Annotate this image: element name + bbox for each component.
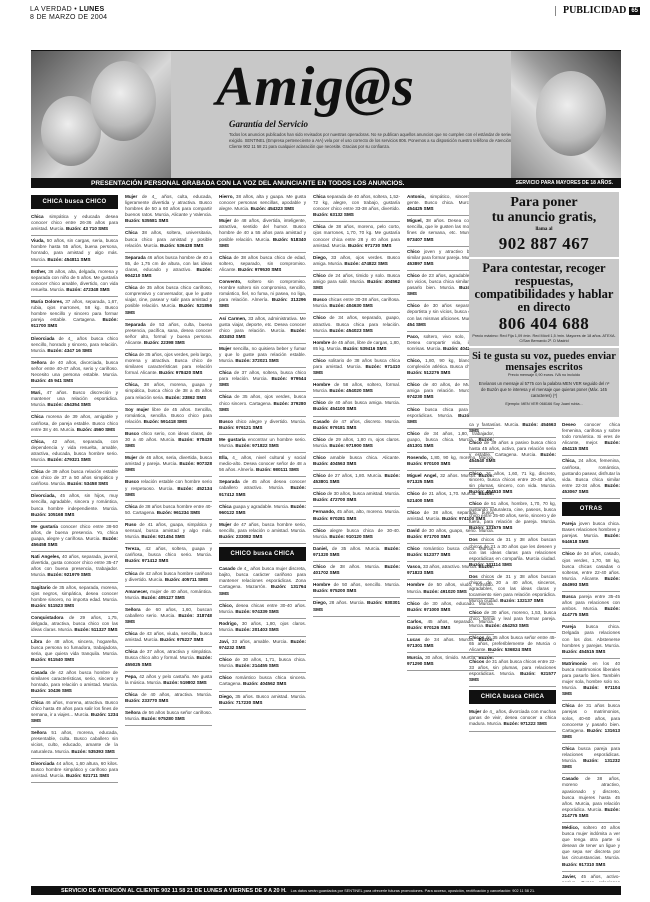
ad-lead: Chico, bbox=[407, 358, 421, 363]
sms-badge: SMS bbox=[440, 552, 450, 557]
classified-ad: Chica de 35 años busca chico cariñoso, c… bbox=[125, 283, 212, 319]
classified-ad: Chico de 24 años, timido y solo. Busca a… bbox=[313, 271, 400, 295]
ad-lead: Chico bbox=[407, 601, 420, 606]
sms-badge: SMS bbox=[457, 589, 467, 594]
sms-badge: SMS bbox=[158, 218, 168, 223]
sms-badge: SMS bbox=[363, 443, 373, 448]
sms-badge: SMS bbox=[236, 334, 246, 339]
reply-block: Para contestar, recoger respuestas, comp… bbox=[469, 259, 619, 348]
ad-lead: Rodrigo, bbox=[219, 621, 238, 626]
ad-lead: Hombre bbox=[313, 382, 330, 387]
sms-badge: SMS bbox=[562, 734, 572, 739]
classified-ad: Ella, 4_ años, nivel cultural y social m… bbox=[219, 453, 306, 477]
sms-badge: SMS bbox=[252, 425, 262, 430]
ad-lead: Chico bbox=[219, 675, 232, 680]
mailbox-number: Buzón: 512276 bbox=[407, 370, 439, 375]
sms-badge: SMS bbox=[346, 516, 356, 521]
ad-lead: Ruso bbox=[125, 522, 136, 527]
ad-lead: Médico, bbox=[562, 825, 579, 830]
classified-ad: Mujer de 48 años, divertida, inteligente… bbox=[219, 216, 306, 252]
classified-ad: Chica de 39 años busca relación estable … bbox=[31, 467, 118, 491]
ad-text: de 4_ años, culta, educada, ligeramente … bbox=[125, 194, 212, 217]
ad-lead: Chica bbox=[219, 370, 232, 375]
ad-lead: Carlos, bbox=[407, 619, 423, 624]
mailbox-number: Buzón: 132137 bbox=[500, 598, 532, 603]
classified-ad: Sagitario de 35 años, separada, morena, … bbox=[31, 583, 118, 613]
sms-badge: SMS bbox=[108, 627, 118, 632]
mailbox-number: Buzón: 971700 bbox=[407, 534, 439, 539]
mailbox-number: Buzón: 131114 bbox=[469, 562, 501, 567]
sms-badge: SMS bbox=[424, 261, 434, 266]
ad-lead: Señora bbox=[31, 730, 47, 735]
ad-lead: Así Carmen, bbox=[219, 316, 246, 321]
ad-text: de 27 años, 1,80. Murcia. bbox=[328, 473, 383, 478]
ad-lead: Chica, bbox=[125, 382, 139, 387]
ad-lead: Busco bbox=[125, 431, 139, 436]
sms-badge: SMS bbox=[175, 534, 185, 539]
ad-lead: Señora bbox=[31, 360, 47, 365]
classified-ad: Mujer de 47 años, busca hombre serio, se… bbox=[219, 520, 306, 544]
classified-ad: Chica busca pareja para relaciones espor… bbox=[562, 744, 620, 774]
ad-lead: Conquistadora bbox=[31, 615, 63, 620]
column-right-1: ca y fantasías. Murcia. Buzón: 454663 SM… bbox=[469, 420, 556, 882]
ad-lead: Pareja bbox=[562, 624, 576, 629]
mailbox-number: Buzón: 4347 16 bbox=[47, 348, 80, 353]
column-right-2: Deseo conocer chica femenina, cariñosa y… bbox=[562, 420, 620, 882]
sms-badge: SMS bbox=[424, 394, 434, 399]
reply-fine: Precio máximo: Red Fija 1,09 /min. Red M… bbox=[471, 334, 617, 343]
sms-badge: SMS bbox=[521, 647, 531, 652]
sms-badge: SMS bbox=[175, 340, 185, 345]
footer-bar: SERVICIO DE ATENCIÓN AL CLIENTE 902 11 5… bbox=[31, 886, 621, 895]
classified-ad: Chica simpática y educada desea conocer … bbox=[31, 212, 118, 236]
mailbox-number: Buzón: 454023 bbox=[329, 328, 361, 333]
ad-lead: Mujer bbox=[125, 455, 137, 460]
classified-ad: Chico solitario de 38 años busca chica p… bbox=[313, 356, 400, 380]
sms-badge: SMS bbox=[62, 688, 72, 693]
ad-lead: Vasco, bbox=[407, 564, 422, 569]
ad-lead: David bbox=[407, 528, 420, 533]
page-number: 65 bbox=[629, 7, 640, 15]
classified-ad: Casado de 4_ años busca mujer discreta, … bbox=[219, 564, 306, 600]
sms-badge: SMS bbox=[424, 206, 434, 211]
classified-ad: Chico de 38 años. Murcia. Buzón: 401702 … bbox=[313, 562, 400, 580]
woman-photo bbox=[511, 51, 621, 178]
sms-badge: SMS bbox=[219, 407, 229, 412]
sms-badge: SMS bbox=[313, 370, 323, 375]
sms-lines: Si te gusta su voz, puedes enviar mensaj… bbox=[469, 351, 619, 373]
ad-lead: Chicos bbox=[469, 635, 484, 640]
mailbox-number: Buzón: 980111 bbox=[256, 467, 288, 472]
classified-ad: Fernando, 45 años, alto, moreno. Murcia.… bbox=[313, 507, 400, 525]
sms-badge: SMS bbox=[363, 534, 373, 539]
sms-badge: SMS bbox=[192, 370, 202, 375]
classified-ad: Chica de 37 años, soltera, busca chico p… bbox=[219, 368, 306, 392]
mailbox-number: Buzón: 105168 bbox=[31, 512, 63, 517]
classified-ad: Conquistadora de 29 años, 1,75, delgada,… bbox=[31, 613, 118, 637]
sms-badge: SMS bbox=[269, 443, 279, 448]
sms-badge: SMS bbox=[346, 461, 356, 466]
mailbox-number: Buzón: 975280 bbox=[141, 716, 173, 721]
sms-badge: SMS bbox=[534, 598, 544, 603]
banner-subtitle: Garantía del Servicio bbox=[229, 119, 308, 129]
classified-ad: Chica de 35 años, ojos verdes, busca chi… bbox=[219, 392, 306, 416]
sms-badge: SMS bbox=[486, 458, 496, 463]
classified-ad: Chica, 24 años, femenina, cariñosa, romá… bbox=[562, 456, 620, 499]
ad-lead: Fernando, bbox=[313, 509, 335, 514]
mailbox-number: Buzón: 472700 bbox=[313, 497, 345, 502]
sms-badge: SMS bbox=[47, 323, 57, 328]
sms-badge: SMS bbox=[48, 542, 58, 547]
mailbox-number: Buzón: 214455 bbox=[235, 663, 267, 668]
mailbox-number: Buzón: 201403 bbox=[235, 627, 267, 632]
ad-lead: Chica bbox=[125, 692, 138, 697]
mailbox-number: Buzón: 518340 bbox=[273, 237, 306, 242]
classified-ad: Separada de 53 años, culta, buena presen… bbox=[125, 320, 212, 350]
sms-badge: SMS bbox=[175, 716, 185, 721]
sms-badge: SMS bbox=[377, 346, 387, 351]
classified-ad: Hierro, 38 años, alta y guapa. Me gusta … bbox=[219, 192, 306, 216]
mailbox-number: Buzón: 971000 bbox=[407, 607, 439, 612]
ad-lead: Antonio, bbox=[407, 194, 426, 199]
sms-badge: SMS bbox=[125, 619, 135, 624]
sms-badge: SMS bbox=[424, 237, 434, 242]
footer-fine-print: Los datos serán guardados por SENTINEL p… bbox=[291, 889, 536, 893]
ad-lead: Chicos bbox=[469, 659, 484, 664]
ad-lead: Chico, bbox=[469, 471, 483, 476]
ad-lead: Pareja bbox=[562, 521, 576, 526]
mailbox-number: Buzón: 318748 bbox=[178, 613, 212, 618]
sms-badge: SMS bbox=[198, 577, 208, 582]
mailbox-number: Buzón: 454323 bbox=[251, 206, 283, 211]
mailbox-number: Buzón: 976121 bbox=[219, 425, 251, 430]
ad-lead: Chica bbox=[31, 214, 44, 219]
weekday: LUNES bbox=[79, 6, 104, 13]
classified-ad: Chicos de 31 años busca chicos entre 22-… bbox=[469, 657, 556, 687]
sms-badge: SMS bbox=[579, 612, 589, 617]
classified-ad: Chicos de 35 años busca señor entre 45-6… bbox=[469, 633, 556, 657]
classified-ad: Chica 46 años, morena, atractiva. Busco … bbox=[31, 698, 118, 728]
divider bbox=[555, 6, 556, 16]
ad-text: 33 años, amable. Murcia. bbox=[232, 639, 288, 644]
section-header-chico-busca-chica: CHICO busca CHICA bbox=[219, 547, 306, 561]
mailbox-number: Buzón: 454354 bbox=[47, 402, 79, 407]
classified-ad: Chico romántico busca chica sincera. Car… bbox=[219, 673, 306, 691]
ad-lead: Separada bbox=[125, 255, 146, 260]
sms-badge: SMS bbox=[346, 497, 356, 502]
sms-badge: SMS bbox=[578, 446, 588, 451]
sms-badge: SMS bbox=[98, 481, 108, 486]
classified-ad: Médico, soltero 40 años busca mujer indó… bbox=[562, 823, 620, 872]
ad-lead: Mujer bbox=[219, 218, 231, 223]
classified-ad: Chico de 30 años, 1,71, busca chica. Mur… bbox=[219, 655, 306, 673]
sms-badge: SMS bbox=[363, 303, 373, 308]
mailbox-number: Buzón: 43 710 bbox=[66, 226, 97, 231]
masthead: LA VERDAD • LUNES 8 DE MARZO DE 2004 bbox=[30, 6, 107, 22]
mailbox-number: Buzón: 930301 bbox=[367, 600, 400, 605]
ad-lead: Chico bbox=[407, 407, 420, 412]
classified-ad: Mari, 47 años. Busco discreción y manten… bbox=[31, 388, 118, 412]
classified-ad: Chica de 31 años busca parejas o matrimo… bbox=[562, 701, 620, 744]
ad-text: amable busca chica. Alicante. bbox=[330, 455, 400, 460]
ad-lead: Busca bbox=[562, 594, 576, 599]
ad-lead: Casado bbox=[562, 776, 579, 781]
ad-lead: Dos bbox=[469, 574, 478, 579]
classified-ad: Busco chicas entre 30-38 años, cariñosa.… bbox=[313, 295, 400, 313]
ad-lead: Señora bbox=[125, 607, 141, 612]
ad-lead: Diego, bbox=[313, 255, 327, 260]
reply-phone[interactable]: 806 404 688 bbox=[471, 314, 617, 334]
classified-ad: Chica 38 años, soltera, universitaria, b… bbox=[125, 228, 212, 252]
ad-lead: Ella, bbox=[219, 455, 228, 460]
mailbox-number: Buzón: 535581 bbox=[125, 218, 157, 223]
couple-photo bbox=[31, 51, 171, 178]
section-label: PUBLICIDAD 65 bbox=[555, 5, 640, 16]
ad-lead: Javi, bbox=[219, 639, 229, 644]
classified-ad: Chico de 27 años, 1,80. Murcia. Buzón: 4… bbox=[313, 471, 400, 489]
mailbox-number: Buzón: 23862 bbox=[165, 395, 195, 400]
ad-lead: Divorciada bbox=[31, 761, 55, 766]
ad-lead: Amanecer, bbox=[125, 589, 148, 594]
mailbox-number: Buzón: 131613 bbox=[587, 728, 620, 733]
sms-badge: SMS bbox=[363, 388, 373, 393]
mailbox-number: Buzón: 454253 bbox=[485, 623, 517, 628]
classified-ad: Chica, 38 años, morena, guapa y simpátic… bbox=[125, 380, 212, 404]
ad-lead: Chico bbox=[313, 315, 326, 320]
ad-lead: Casada bbox=[31, 670, 47, 675]
sms-badge: SMS bbox=[142, 662, 152, 667]
ad-lead: Divorciada, bbox=[31, 493, 56, 498]
classified-ad: Hombre de 50 años, sencillo. Murcia. Buz… bbox=[313, 580, 400, 598]
ad-lead: Chico bbox=[407, 510, 420, 515]
mailbox-number: Buzón: 45 941 bbox=[31, 378, 62, 383]
sms-badge: SMS bbox=[579, 582, 589, 587]
ad-lead: Chica bbox=[125, 352, 138, 357]
ad-text: 45 años, alto, moreno. Murcia. bbox=[337, 509, 400, 514]
sms-block: Si te gusta su voz, puedes enviar mensaj… bbox=[469, 348, 619, 406]
ad-lead: Chica bbox=[313, 194, 326, 199]
ad-lead: Chico bbox=[562, 551, 575, 556]
sms-badge: SMS bbox=[81, 572, 91, 577]
section-header-otras-relaciones: OTRAS RELACIONES bbox=[562, 502, 620, 516]
classified-ad: Chico de 51 años, hombre, 1,70, 70 kg, g… bbox=[469, 499, 556, 535]
ad-lead: Chica bbox=[313, 224, 326, 229]
ad-lead: Chica, bbox=[31, 439, 45, 444]
mailbox-number: Buzón: 454663 bbox=[522, 422, 556, 427]
sms-badge: SMS bbox=[537, 721, 547, 726]
classified-ad: Chica separada de 40 años, soltera, 1,52… bbox=[313, 192, 400, 222]
ad-lead: Chica bbox=[125, 649, 138, 654]
mailbox-number: Buzón: 404562 bbox=[367, 279, 400, 284]
sms-badge: SMS bbox=[219, 591, 229, 596]
sms-badge: SMS bbox=[416, 322, 426, 327]
classified-ad: Tereza, 42 años, soltera, guapa y cariño… bbox=[125, 544, 212, 568]
sms-badge: SMS bbox=[440, 625, 450, 630]
ad-lead: Chico bbox=[407, 249, 420, 254]
ad-lead: Chico bbox=[313, 528, 326, 533]
sms-example: Ejemplo: MEN VER 068166 Soy Juani rubia.… bbox=[469, 402, 619, 407]
mailbox-number: Buzón: 372021 bbox=[235, 358, 267, 363]
classified-ad: Separada de 45 años desea conocer caball… bbox=[219, 477, 306, 501]
mailbox-number: Buzón: 511327 bbox=[74, 627, 106, 632]
mailbox-number: Buzón: 535393 bbox=[71, 749, 103, 754]
classified-ad: Rodrigo, 30 años, 1,80, ojos claros. Mur… bbox=[219, 619, 306, 637]
ad-lead: Chica bbox=[125, 285, 138, 290]
mailbox-number: Buzón: 910120 bbox=[329, 534, 361, 539]
classified-ad: Me gustaría encontrar un hombre serio. M… bbox=[219, 435, 306, 453]
sms-badge: SMS bbox=[31, 718, 41, 723]
ad-lead: Chico bbox=[469, 610, 482, 615]
mailbox-number: Buzón: 971410 bbox=[365, 364, 400, 369]
classified-ad: Busco chico serio, con ideas claras, de … bbox=[125, 429, 212, 453]
classified-ad: Chica de 38 años busca hombre entre 40-5… bbox=[125, 502, 212, 520]
ad-lead: Convento, bbox=[219, 279, 241, 284]
ad-lead: Chica bbox=[125, 571, 138, 576]
sms-badge: SMS bbox=[81, 257, 91, 262]
presentation-text: PRESENTACIÓN PERSONAL GRABADA CON LA VOZ… bbox=[91, 180, 404, 187]
ad-lead: Busco bbox=[219, 419, 233, 424]
ad-lead: Nati Angeles, bbox=[31, 554, 60, 559]
sms-badge: SMS bbox=[99, 773, 109, 778]
presentation-bar: PRESENTACIÓN PERSONAL GRABADA CON LA VOZ… bbox=[31, 178, 621, 188]
ad-lead: Busco bbox=[313, 297, 327, 302]
classified-ad: Chica de 37 años, atractiva y simpática.… bbox=[125, 647, 212, 671]
ad-lead: Chica bbox=[219, 504, 232, 509]
mailbox-number: Buzón: 22398 bbox=[144, 340, 174, 345]
sms-badge: SMS bbox=[289, 467, 299, 472]
ad-text: de 38 años. Murcia. bbox=[330, 564, 380, 569]
issue-date: 8 DE MARZO DE 2004 bbox=[30, 14, 107, 22]
classified-ad: Pareja busca chica. Delgada para relacio… bbox=[562, 622, 620, 658]
classified-ad: Señora de 60 años, 1,60, buscan caballer… bbox=[125, 605, 212, 629]
sms-badge: SMS bbox=[346, 406, 356, 411]
mailbox-number: Buzón: 921711 bbox=[66, 773, 98, 778]
sms-badge: SMS bbox=[313, 607, 323, 612]
mailbox-number: Buzón: 521856 bbox=[179, 303, 212, 308]
sms-badge: SMS bbox=[344, 212, 354, 217]
ad-lead: Casado bbox=[313, 419, 330, 424]
ad-text: de 35 años. Murcia. bbox=[332, 546, 380, 551]
classified-ad: Matrimonio en los 40 busca matrimonios l… bbox=[562, 659, 620, 702]
classified-ad: Casado de 47 años, discreto. Murcia. Buz… bbox=[313, 417, 400, 435]
sms-badge: SMS bbox=[125, 492, 135, 497]
sms-badge: SMS bbox=[100, 287, 110, 292]
ad-lead: Miguel Angel, bbox=[407, 473, 438, 478]
ad-lead: Rosendo, bbox=[407, 455, 428, 460]
classified-ad: Chica morena de 39 años, amigable y cari… bbox=[31, 412, 118, 436]
ad-text: de 47 años, busca hombre serio, sencillo… bbox=[219, 522, 306, 533]
sms-badge: SMS bbox=[381, 243, 391, 248]
ad-lead: Mari, bbox=[31, 390, 42, 395]
ad-lead: Chico bbox=[313, 358, 326, 363]
classified-ad: Mujer de 46 años, seria, divertida, busc… bbox=[125, 453, 212, 477]
free-ad-block: Para poner tu anuncio gratis, llama al 9… bbox=[469, 192, 619, 259]
mailbox-number: Buzón: 404562 bbox=[243, 681, 275, 686]
sms-badge: SMS bbox=[284, 206, 294, 211]
mailbox-number: Buzón: 131232 bbox=[583, 758, 620, 763]
sms-badge: SMS bbox=[424, 443, 434, 448]
mailbox-number: Buzón: 979530 bbox=[238, 267, 270, 272]
paper-name: LA VERDAD bbox=[30, 6, 72, 13]
classified-ad: Casado de 38 años, moreno atractivo, apa… bbox=[562, 774, 620, 823]
sms-badge: SMS bbox=[64, 512, 74, 517]
sms-badge: SMS bbox=[193, 637, 203, 642]
sms-badge: SMS bbox=[158, 558, 168, 563]
mailbox-number: Buzón: 233082 bbox=[219, 534, 251, 539]
mailbox-number: Buzón: 921454 bbox=[141, 534, 173, 539]
woman-face-right bbox=[536, 71, 606, 156]
classified-ad: Mujer de 4_ años, divorciada con muchas … bbox=[469, 707, 556, 731]
classified-ad: Chica de 35 años, ojos verdes, pelo larg… bbox=[125, 350, 212, 380]
classified-ad: Chica de 43 años, viuda, sencilla, busca… bbox=[125, 629, 212, 647]
mailbox-number: Buzón: 4560 bbox=[77, 427, 104, 432]
mailbox-number: Buzón: 970281 bbox=[313, 516, 345, 521]
ad-lead: Mujer bbox=[469, 709, 481, 714]
ad-lead: Busco bbox=[125, 479, 139, 484]
ad-lead: Chico bbox=[407, 303, 420, 308]
ad-lead: Chica bbox=[125, 631, 138, 636]
mailbox-number: Buzón: 961234 bbox=[157, 510, 189, 515]
classified-ad: Chico de 30 años, busca amistad. Murcia.… bbox=[313, 489, 400, 507]
classified-ad: Chico de 40 años busca amiga. Murcia. Bu… bbox=[313, 398, 400, 416]
free-ad-line2: tu anuncio gratis, bbox=[471, 210, 617, 225]
classified-ad: Mujer sencilla, no quisiera beber y fuma… bbox=[219, 344, 306, 368]
mailbox-number: Buzón: 917310 bbox=[562, 862, 594, 867]
classified-ad: Chico de 34 años, separado, guapo, atrac… bbox=[313, 313, 400, 337]
ad-lead: Chico bbox=[313, 273, 326, 278]
classified-ad: Javier, 45 años, activo-pasivo. Busco re… bbox=[562, 872, 620, 882]
ad-lead: Chica bbox=[31, 700, 44, 705]
ad-lead: Chico bbox=[313, 437, 326, 442]
ad-lead: Paco, bbox=[407, 334, 419, 339]
section-header-chica-busca-chica: CHICA busca CHICA bbox=[469, 690, 556, 704]
ad-lead: Diego, bbox=[219, 694, 233, 699]
mailbox-number: Buzón: 379280 bbox=[273, 401, 306, 406]
ad-lead: Hombre bbox=[313, 340, 330, 345]
ad-lead: Señora bbox=[125, 710, 141, 715]
mailbox-number: Buzón: 491020 bbox=[423, 589, 455, 594]
sms-badge: SMS bbox=[424, 570, 434, 575]
ad-lead: Miguel, bbox=[407, 218, 423, 223]
mailbox-number: Buzón: 405127 bbox=[141, 595, 173, 600]
classified-ad: Busco relación estable con hombre serio … bbox=[125, 477, 212, 501]
sms-badge: SMS bbox=[158, 698, 168, 703]
ad-lead: Chico bbox=[313, 564, 326, 569]
classified-ad: Diego, 35 años. Busco amistad. Murcia. B… bbox=[219, 692, 306, 710]
mailbox-number: Buzón: 454510 bbox=[469, 489, 501, 494]
free-phone[interactable]: 902 887 467 bbox=[471, 234, 617, 254]
mailbox-number: Buzón: 454811 bbox=[47, 257, 79, 262]
banner-disclaimer: Todos los anuncios publicados han sido r… bbox=[229, 132, 529, 150]
ad-text: de 48 años, sincera, hogareña, busca per… bbox=[31, 639, 118, 656]
mailbox-number: Buzón: 970100 bbox=[407, 461, 439, 466]
mailbox-number: Buzón: 454515 bbox=[562, 649, 594, 654]
classified-ad: Viuda, 50 años, sin cargas, seria, busca… bbox=[31, 236, 118, 266]
mailbox-number: Buzón: 975227 bbox=[160, 637, 192, 642]
ad-lead: Chico bbox=[407, 273, 420, 278]
ad-text: soltero 40 años busca mujer indómita a v… bbox=[562, 825, 620, 860]
call-label: llama al bbox=[471, 227, 617, 232]
column-3: Hierro, 38 años, alta y guapa. Me gusta … bbox=[219, 192, 306, 882]
classified-ad: Divorciada de 4_ años busca chico sencil… bbox=[31, 334, 118, 358]
sms-badge: SMS bbox=[440, 607, 450, 612]
mailbox-number: Buzón: 591418 bbox=[144, 419, 176, 424]
classified-ad: Dos chicos de 31 y 38 años buscan chicos… bbox=[469, 572, 556, 608]
classified-ad: Señora de 56 años busca señor cariñoso. … bbox=[125, 708, 212, 726]
mailbox-number: Buzón: 911540 bbox=[31, 657, 63, 662]
sms-badge: SMS bbox=[424, 498, 434, 503]
sms-badge: SMS bbox=[562, 764, 572, 769]
